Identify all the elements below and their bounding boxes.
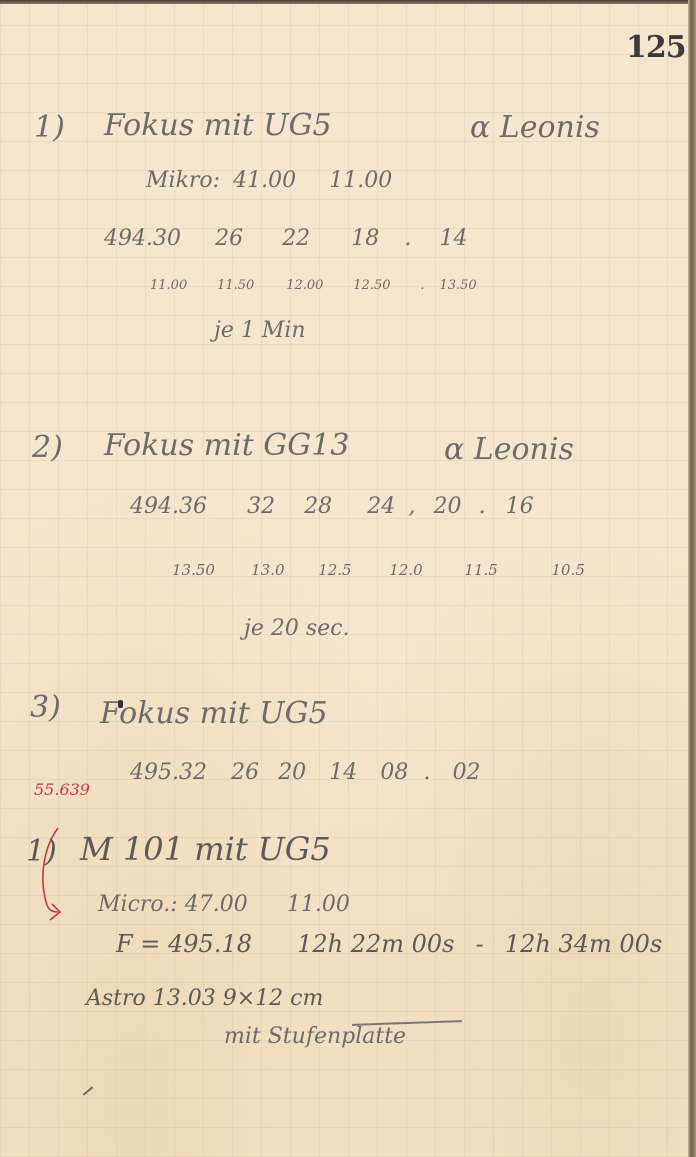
reading-separator: . [423, 760, 447, 785]
pencil-mark [83, 1086, 93, 1095]
entry-title: Fokus mit UG5 [104, 108, 332, 143]
micro-value: 47.00 [185, 892, 248, 917]
plate-info: Astro 13.03 9×12 cm [86, 986, 323, 1011]
time-separator: - [476, 930, 484, 958]
time: 10.5 [551, 561, 584, 579]
reading: 18 [351, 226, 399, 251]
pencil-stroke [352, 1020, 462, 1026]
notebook-page: 125 1) Fokus mit UG5 α Leonis Mikro: 41.… [0, 0, 696, 1157]
reading: 02 [453, 760, 481, 785]
focus-time-row: F = 495.18 12h 22m 00s - 12h 34m 00s [116, 930, 662, 958]
reading-separator: . [404, 226, 434, 251]
time: 12.0 [389, 561, 459, 579]
reading: 20 [278, 760, 324, 785]
plate-note: mit Stufenplatte [224, 1024, 406, 1049]
reading: 26 [215, 226, 277, 251]
times-row: 11.00 11.50 12.00 12.50 . 13.50 [150, 274, 477, 293]
time: 11.50 [217, 278, 281, 293]
focus-readings-row: 495.32 26 20 14 08 . 02 [130, 760, 481, 785]
entry-object: α Leonis [444, 432, 574, 467]
reading: 26 [231, 760, 273, 785]
reading: 08 [380, 760, 418, 785]
time: 12.5 [318, 561, 384, 579]
focus-readings-row: 494.30 26 22 18 . 14 [104, 226, 467, 251]
times-row: 13.50 13.0 12.5 12.0 11.5 10.5 [172, 560, 585, 579]
reading: 20 [433, 494, 473, 519]
time-end: 12h 34m 00s [505, 930, 662, 958]
time-separator: . [420, 278, 434, 293]
micro-value: 41.00 [233, 168, 296, 193]
notebook-spine [688, 0, 696, 1157]
micro-label: Micro.: [98, 892, 178, 917]
page-top-edge [0, 0, 696, 4]
reading: 28 [304, 494, 362, 519]
entry-index: 1) [34, 110, 65, 145]
time: 13.50 [439, 278, 476, 293]
focus-readings-row: 494.36 32 28 24 , 20 . 16 [130, 494, 534, 519]
micro-value: 11.00 [287, 892, 350, 917]
reading: 494.30 [104, 226, 210, 251]
time: 11.00 [150, 278, 212, 293]
micro-row: Micro.: 47.00 11.00 [98, 892, 350, 917]
entry-index: 2) [32, 430, 63, 465]
time-start: 12h 22m 00s [297, 930, 454, 958]
entry-note: je 1 Min [214, 318, 306, 343]
ink-blot [118, 700, 123, 708]
reading: 495.32 [130, 760, 226, 785]
entry-object: α Leonis [470, 110, 600, 145]
entry-title: Fokus mit UG5 [100, 696, 328, 731]
reading: 22 [282, 226, 346, 251]
entry-index: 1) [26, 834, 57, 869]
reading: 14 [439, 226, 467, 251]
time: 12.50 [353, 278, 415, 293]
reading: 16 [506, 494, 534, 519]
entry-title: M 101 mit UG5 [80, 830, 331, 868]
time: 11.5 [464, 561, 546, 579]
time: 13.0 [251, 561, 313, 579]
micro-label: Mikro: [146, 168, 220, 193]
page-number: 125 [626, 30, 686, 65]
reading: 494.36 [130, 494, 242, 519]
reading: 32 [247, 494, 299, 519]
reading: 14 [329, 760, 375, 785]
micro-value: 11.00 [329, 168, 392, 193]
micro-row: Mikro: 41.00 11.00 [146, 168, 392, 193]
entry-note: je 20 sec. [244, 616, 349, 641]
reading: 24 [367, 494, 403, 519]
focus-value: F = 495.18 [116, 930, 292, 958]
entry-title: Fokus mit GG13 [104, 428, 349, 463]
time: 12.00 [286, 278, 348, 293]
reading-separator: , [408, 494, 428, 519]
reading-separator: . [479, 494, 501, 519]
time: 13.50 [172, 561, 246, 579]
margin-annotation: 55.639 [34, 780, 90, 799]
entry-index: 3) [30, 690, 61, 725]
